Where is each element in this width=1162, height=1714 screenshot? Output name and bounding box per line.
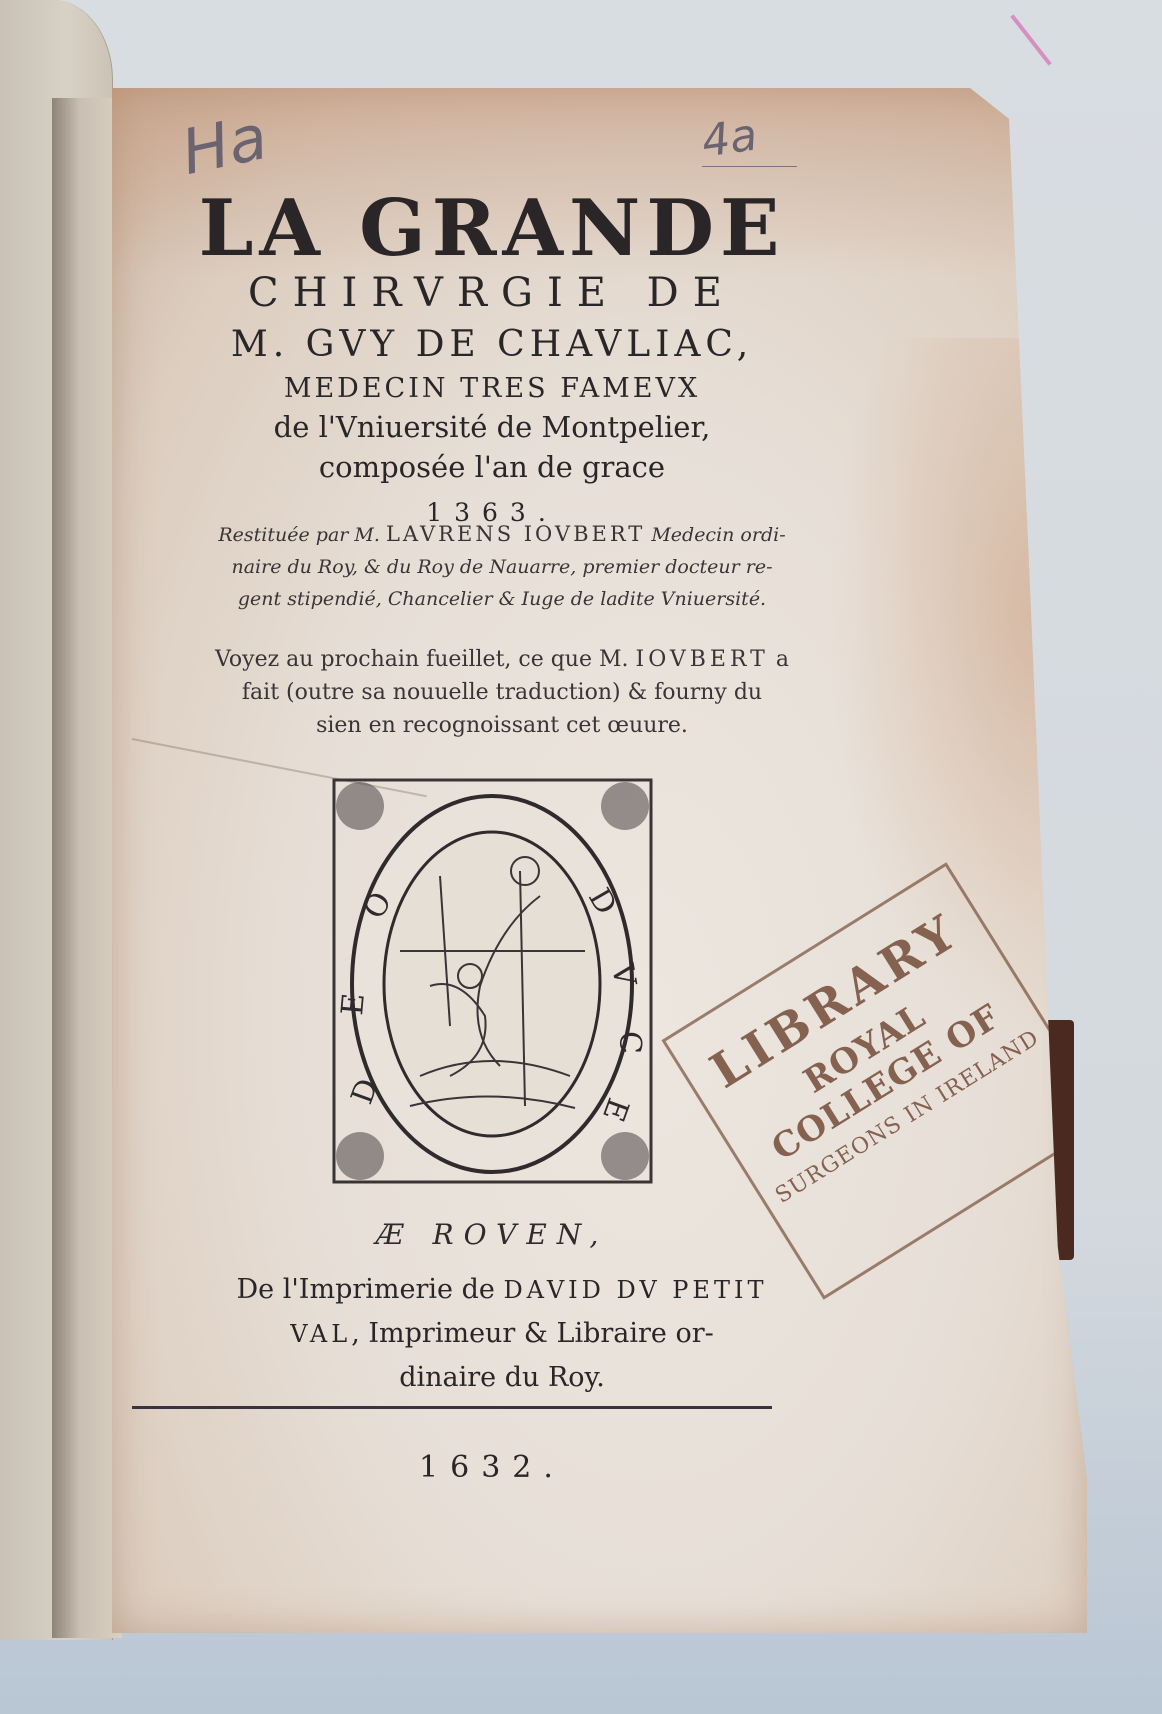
publication-date: 1632. <box>112 1450 872 1485</box>
note-line-2: fait (outre sa nouuelle traduction) & fo… <box>242 680 762 705</box>
imprint-line-1a: De l'Imprimerie de <box>237 1274 495 1305</box>
pencil-underline <box>702 166 797 167</box>
title-line-author: M. GVY DE CHAVLIAC, <box>112 324 872 365</box>
svg-text:E: E <box>335 992 372 1017</box>
imprint-printer-name-cont: VAL <box>290 1320 351 1348</box>
note-line-1a: Voyez au prochain fueillet, ce que M. <box>215 647 628 672</box>
title-line-chirurgie: CHIRVRGIE DE <box>112 270 872 316</box>
title-line-medecin: MEDECIN TRES FAMEVX <box>112 373 872 404</box>
editor-prefix: Restituée par M. <box>218 524 380 546</box>
horizontal-rule <box>132 1406 772 1409</box>
imprint-place: Æ ROVEN, <box>112 1218 872 1251</box>
editor-paragraph: Restituée par M. LAVRENS IOVBERT Medecin… <box>142 518 862 615</box>
editor-title: Medecin ordi- <box>651 524 785 546</box>
editor-line-2: naire du Roy, & du Roy de Nauarre, premi… <box>231 556 772 578</box>
imprint-line-3: dinaire du Roy. <box>399 1362 605 1393</box>
printers-device-woodcut: D E O D V C E <box>330 776 655 1186</box>
title-line-university: de l'Vniuersité de Montpelier, <box>112 410 872 444</box>
editor-line-3: gent stipendié, Chancelier & Iuge de lad… <box>238 588 766 610</box>
title-line-la-grande: LA GRANDE <box>112 183 872 274</box>
imprint-line-2b: , Imprimeur & Libraire or- <box>351 1318 714 1349</box>
title-page: Ha 4a LA GRANDE CHIRVRGIE DE M. GVY DE C… <box>112 88 1087 1633</box>
book-gutter <box>52 98 122 1638</box>
note-line-3: sien en recognoissant cet œuure. <box>316 713 688 738</box>
imprint-printer-name: DAVID DV PETIT <box>503 1276 767 1304</box>
imprint-paragraph: De l'Imprimerie de DAVID DV PETIT VAL, I… <box>152 1268 852 1400</box>
svg-text:C: C <box>612 1031 647 1054</box>
note-paragraph: Voyez au prochain fueillet, ce que M. IO… <box>152 643 852 742</box>
note-line-1b: a <box>776 647 789 672</box>
note-name: IOVBERT <box>636 647 769 672</box>
svg-text:E: E <box>595 1093 635 1126</box>
title-line-composee: composée l'an de grace <box>112 450 872 484</box>
pencil-note-4a: 4a <box>699 109 761 167</box>
pink-marker-stroke <box>1010 14 1051 65</box>
editor-name: LAVRENS IOVBERT <box>386 522 645 546</box>
